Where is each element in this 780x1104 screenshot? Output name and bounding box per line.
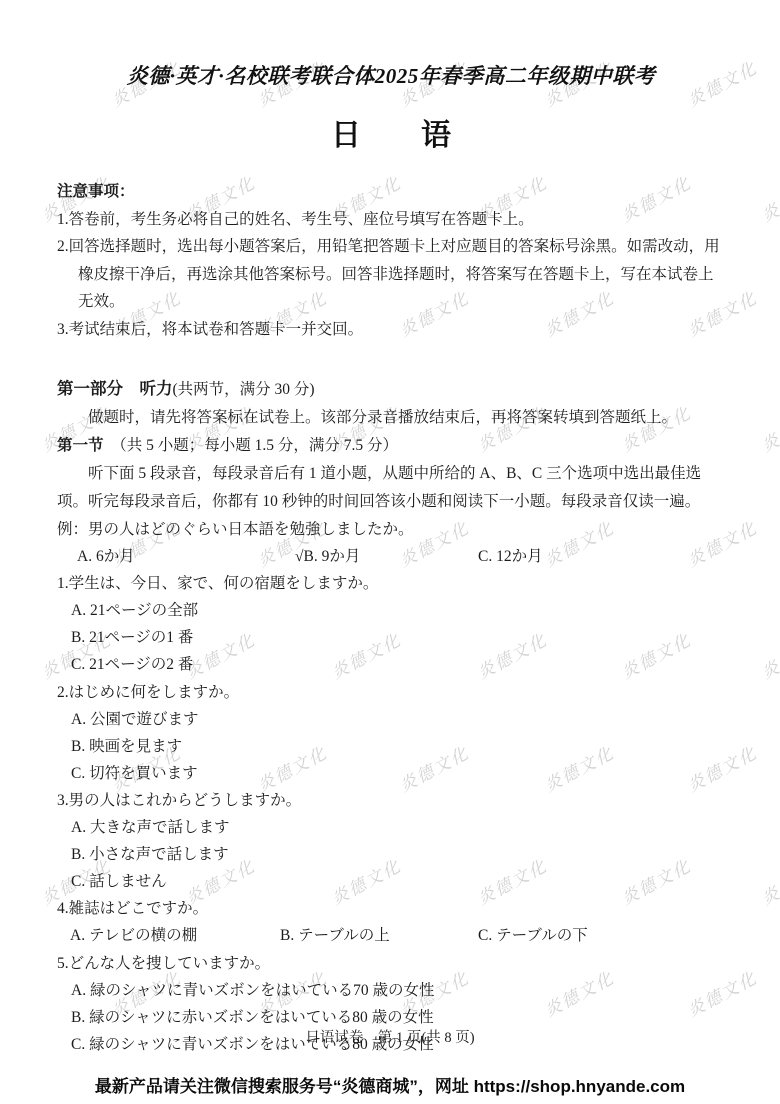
question-list: 1.学生は、今日、家で、何の宿題をしますか。A. 21ページの全部B. 21ペー… xyxy=(57,570,725,1058)
question-text: 4.雑誌はどこですか。 xyxy=(57,895,725,922)
watermark-text: 炎德文化 xyxy=(756,169,780,227)
question-option: A. テレビの横の棚 xyxy=(70,922,280,949)
example-options: A. 6か月√B. 9か月C. 12か月 xyxy=(57,543,725,570)
section1-instructions: 听下面 5 段录音，每段录音后有 1 道小题，从题中所给的 A、B、C 三个选项… xyxy=(57,460,725,516)
question-text: 2.はじめに何をしますか。 xyxy=(57,679,725,706)
question-option: A. 21ページの全部 xyxy=(57,597,725,624)
watermark-text: 炎德文化 xyxy=(756,399,780,457)
question-option: C. 切符を買います xyxy=(57,760,725,787)
question-option: B. 小さな声で話します xyxy=(57,841,725,868)
section1-heading: 第一节 （共 5 小题；每小题 1.5 分，满分 7.5 分） xyxy=(57,432,725,460)
part1-intro: 做题时，请先将答案标在试卷上。该部分录音播放结束后，再将答案转填到答题纸上。 xyxy=(57,404,725,432)
question-option: B. 21ページの1 番 xyxy=(57,624,725,651)
question-option: C. 話しません xyxy=(57,868,725,895)
question-option: B. 映画を見ます xyxy=(57,733,725,760)
example-option: √B. 9か月 xyxy=(295,543,478,570)
notice-item: 1.答卷前，考生务必将自己的姓名、考生号、座位号填写在答题卡上。 xyxy=(57,206,725,234)
exam-title: 炎德·英才·名校联考联合体2025年春季高二年级期中联考 xyxy=(57,62,725,90)
question-text: 1.学生は、今日、家で、何の宿題をしますか。 xyxy=(57,570,725,597)
example-option: A. 6か月 xyxy=(77,543,295,570)
question-option: A. 公園で遊びます xyxy=(57,706,725,733)
shop-banner: 最新产品请关注微信搜索服务号“炎德商城”，网址 https://shop.hny… xyxy=(0,1072,780,1097)
exam-page: 炎德·英才·名校联考联合体2025年春季高二年级期中联考 日 语 注意事项： 1… xyxy=(57,0,725,1058)
question-option: C. テーブルの下 xyxy=(478,922,588,949)
question-text: 5.どんな人を捜していますか。 xyxy=(57,950,725,977)
part1-heading-score: (共两节，满分 30 分) xyxy=(173,381,315,398)
section1-heading-title: 第一节 xyxy=(57,437,104,454)
part1-section: 第一部分 听力(共两节，满分 30 分) 做题时，请先将答案标在试卷上。该部分录… xyxy=(57,375,725,516)
question-option: C. 21ページの2 番 xyxy=(57,651,725,678)
example-option: C. 12か月 xyxy=(478,543,543,570)
questions-area: 例：男の人はどのぐらい日本語を勉強しましたか。 A. 6か月√B. 9か月C. … xyxy=(57,516,725,1058)
question-text: 3.男の人はこれからどうしますか。 xyxy=(57,787,725,814)
part1-heading: 第一部分 听力(共两节，满分 30 分) xyxy=(57,375,725,404)
page-footer: 日语试卷 第 1 页(共 8 页) xyxy=(0,1026,780,1047)
question-option: B. テーブルの上 xyxy=(280,922,478,949)
notice-items: 1.答卷前，考生务必将自己的姓名、考生号、座位号填写在答题卡上。2.回答选择题时… xyxy=(57,206,725,344)
example-question: 例：男の人はどのぐらい日本語を勉強しましたか。 xyxy=(57,516,725,543)
question-option: A. 緑のシャツに青いズボンをはいている70 歳の女性 xyxy=(57,977,725,1004)
watermark-text: 炎德文化 xyxy=(756,852,780,910)
notice-item: 2.回答选择题时，选出每小题答案后，用铅笔把答题卡上对应题目的答案标号涂黑。如需… xyxy=(57,233,725,316)
notice-section: 注意事项： 1.答卷前，考生务必将自己的姓名、考生号、座位号填写在答题卡上。2.… xyxy=(57,178,725,343)
watermark-text: 炎德文化 xyxy=(756,626,780,684)
question-option: A. 大きな声で話します xyxy=(57,814,725,841)
notice-heading: 注意事项： xyxy=(57,178,725,206)
question-options-row: A. テレビの横の棚B. テーブルの上C. テーブルの下 xyxy=(57,922,725,949)
part1-heading-title: 第一部分 听力 xyxy=(57,379,173,398)
subject-title: 日 语 xyxy=(57,118,725,154)
notice-item: 3.考试结束后，将本试卷和答题卡一并交回。 xyxy=(57,316,725,344)
section1-heading-score: （共 5 小题；每小题 1.5 分，满分 7.5 分） xyxy=(104,437,399,454)
